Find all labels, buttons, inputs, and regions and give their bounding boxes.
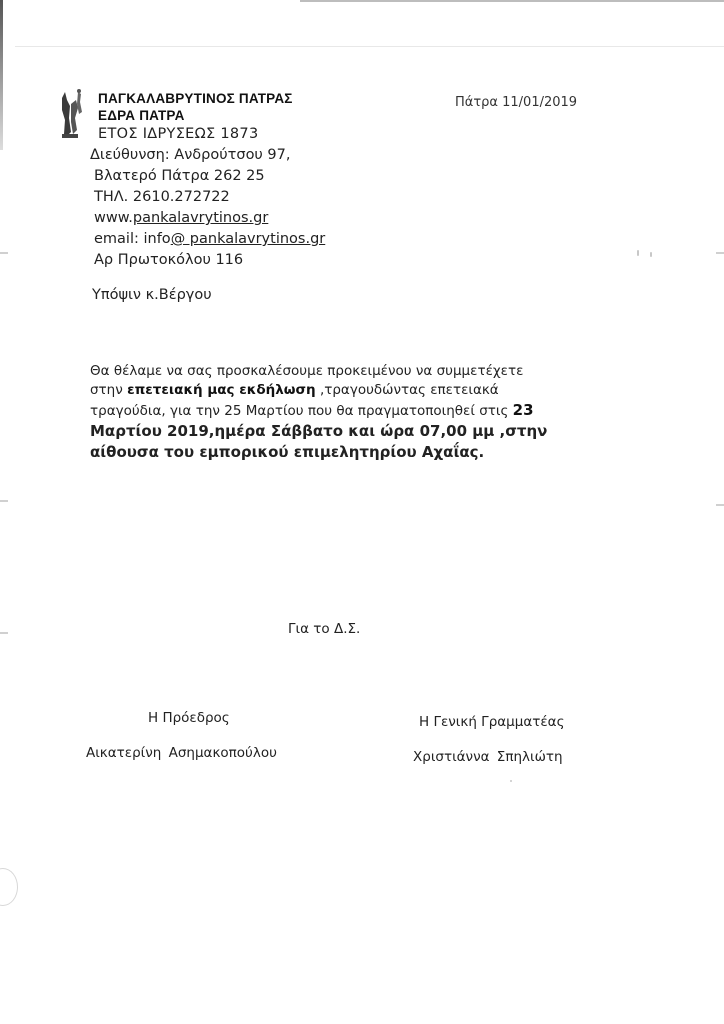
edge-mark: [716, 504, 724, 506]
body-text: ,τραγουδώντας επετειακά: [316, 382, 499, 398]
secretary-name: Χριστιάννα Σπηλιώτη: [413, 749, 563, 765]
phone: ΤΗΛ. 2610.272722: [94, 187, 325, 208]
scan-fold-line: [15, 46, 724, 47]
letter-date: Πάτρα 11/01/2019: [455, 95, 577, 110]
letter-body: Θα θέλαμε να σας προσκαλέσουμε προκειμέν…: [90, 362, 580, 463]
scan-speck: [510, 780, 512, 782]
body-text: στην: [90, 382, 127, 398]
founded-year: ΕΤΟΣ ΙΔΡΥΣΕΩΣ 1873: [98, 124, 325, 145]
org-seat: ΕΔΡΑ ΠΑΤΡΑ: [98, 107, 325, 124]
event-day: 23: [513, 401, 534, 419]
scan-top-edge: [300, 0, 724, 2]
event-name: επετειακή μας εκδήλωση: [127, 382, 316, 398]
body-line: Θα θέλαμε να σας προσκαλέσουμε προκειμέν…: [90, 362, 580, 381]
scan-edge: [0, 0, 3, 150]
email-link[interactable]: @ pankalavrytinos.gr: [171, 231, 326, 247]
edge-mark: [0, 632, 8, 634]
edge-mark: [0, 500, 8, 502]
recipient: Υπόψιν κ.Βέργου: [92, 287, 212, 303]
edge-mark: [716, 252, 724, 254]
protocol-number: Αρ Πρωτοκόλου 116: [94, 250, 325, 271]
org-name: ΠΑΓΚΑΛΑΒΡΥΤΙΝΟΣ ΠΑΤΡΑΣ: [98, 90, 325, 107]
statue-emblem-icon: [56, 88, 86, 140]
scan-speck: [637, 250, 639, 256]
body-text: τραγούδια, για την 25 Μαρτίου που θα πρα…: [90, 403, 513, 419]
address-city: Βλατερό Πάτρα 262 25: [94, 166, 325, 187]
email: email: info@ pankalavrytinos.gr: [94, 229, 325, 250]
letterhead: ΠΑΓΚΑΛΑΒΡΥΤΙΝΟΣ ΠΑΤΡΑΣ ΕΔΡΑ ΠΑΤΡΑ ΕΤΟΣ Ι…: [84, 90, 325, 271]
body-line: στην επετειακή μας εκδήλωση ,τραγουδώντα…: [90, 381, 580, 400]
edge-mark: [0, 252, 8, 254]
email-prefix: email: info: [94, 231, 171, 247]
event-venue: αίθουσα του εμπορικού επιμελητηρίου Αχαΐ…: [90, 442, 580, 463]
website-link[interactable]: pankalavrytinos.gr: [133, 210, 268, 226]
website-prefix: www.: [94, 210, 133, 226]
address-line: Διεύθυνση: Ανδρούτσου 97,: [90, 145, 325, 166]
secretary-title: Η Γενική Γραμματέας: [419, 714, 565, 730]
president-name: Αικατερίνη Ασημακοπούλου: [86, 745, 277, 761]
scan-speck: [650, 252, 652, 257]
president-title: Η Πρόεδρος: [148, 710, 230, 726]
for-board: Για το Δ.Σ.: [288, 621, 360, 637]
body-line: τραγούδια, για την 25 Μαρτίου που θα πρα…: [90, 400, 580, 421]
website: www.pankalavrytinos.gr: [94, 208, 325, 229]
punch-hole-mark: [0, 868, 18, 906]
event-date-time: Μαρτίου 2019,ημέρα Σάββατο και ώρα 07,00…: [90, 421, 580, 442]
